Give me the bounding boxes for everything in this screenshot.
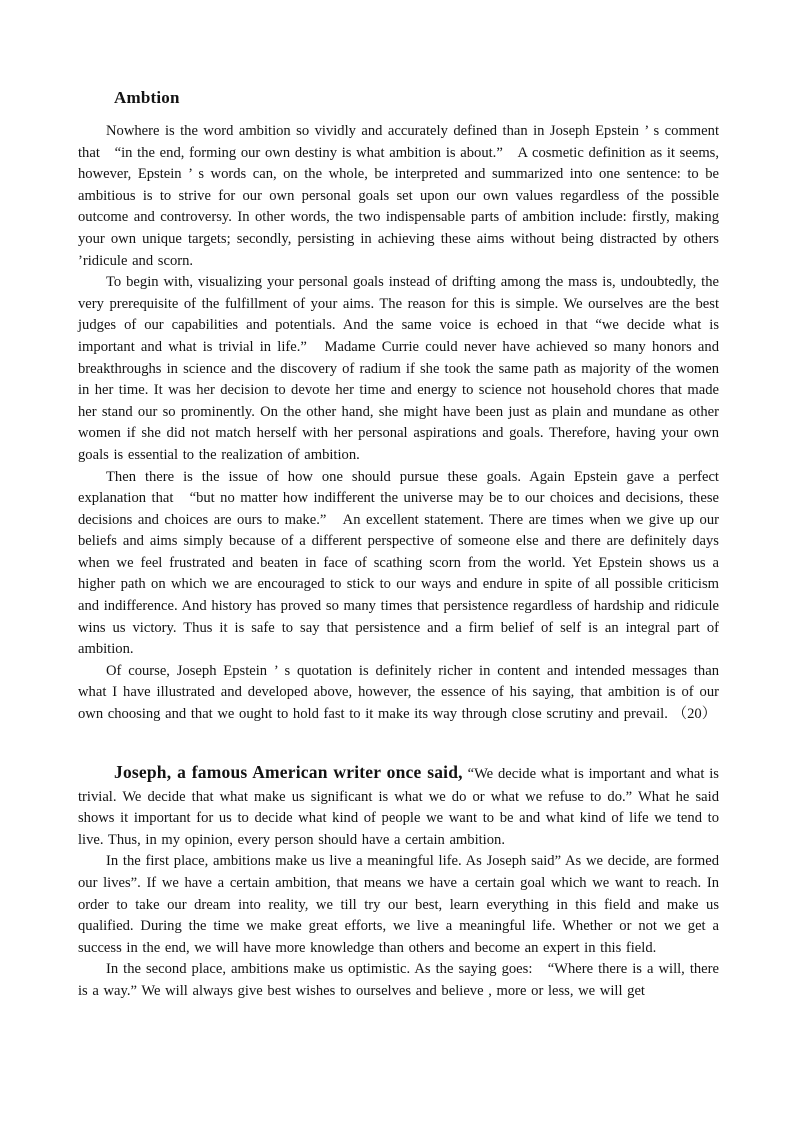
essay2-lead-bold: Joseph, a famous American writer once sa… [114, 762, 463, 782]
essay2-paragraph-2: In the first place, ambitions make us li… [78, 851, 719, 959]
essay1-paragraph-3: Then there is the issue of how one shoul… [78, 467, 719, 661]
essay1-paragraph-2: To begin with, visualizing your personal… [78, 272, 719, 466]
essay-container: Ambtion Nowhere is the word ambition so … [78, 88, 719, 1003]
essay1-paragraph-1: Nowhere is the word ambition so vividly … [78, 121, 719, 272]
essay2-opening-paragraph: Joseph, a famous American writer once sa… [78, 757, 719, 852]
essay2-paragraph-3: In the second place, ambitions make us o… [78, 959, 719, 1002]
essay1-paragraph-4: Of course, Joseph Epstein ’ s quotation … [78, 661, 719, 726]
essay1-title: Ambtion [114, 88, 719, 108]
document-page: Ambtion Nowhere is the word ambition so … [0, 0, 793, 1122]
